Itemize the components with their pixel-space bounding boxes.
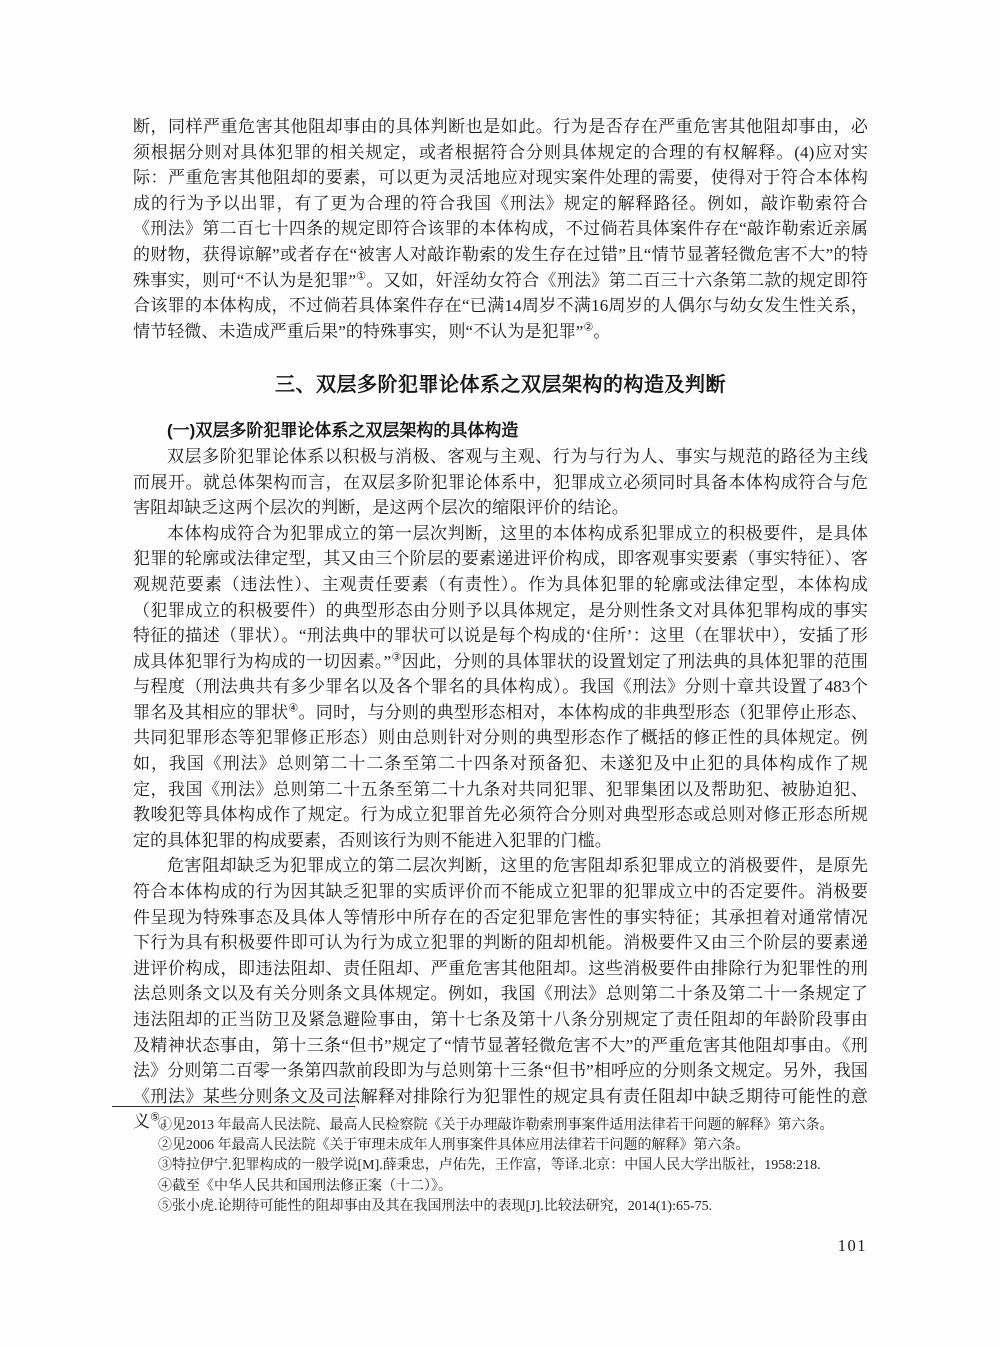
footnote: ②见2006 年最高人民法院《关于审理未成年人刑事案件具体应用法律若干问题的解释…	[112, 1136, 870, 1156]
page-number: 101	[838, 1236, 867, 1256]
footnote-ref: ①	[356, 270, 366, 282]
footnote-ref: ③	[391, 651, 401, 663]
footnote-ref: ④	[288, 702, 298, 714]
footnote: ①见2013 年最高人民法院、最高人民检察院《关于办理敲诈勒索刑事案件适用法律若…	[112, 1116, 870, 1136]
footnote-list: ①见2013 年最高人民法院、最高人民检察院《关于办理敲诈勒索刑事案件适用法律若…	[112, 1116, 870, 1217]
footnote-ref: ②	[583, 321, 593, 333]
text-run: 三、双层多阶犯罪论体系之双层架构的构造及判断	[275, 374, 726, 396]
paragraph: 危害阻却缺乏为犯罪成立的第二层次判断，这里的危害阻却系犯罪成立的消极要件，是原先…	[133, 853, 868, 1135]
footnote: ③特拉伊宁.犯罪构成的一般学说[M].薛秉忠，卢佑先，王作富，等译.北京：中国人…	[112, 1156, 870, 1176]
text-run: 。同时，与分则的典型形态相对，本体构成的非典型形态（犯罪停止形态、共同犯罪形态等…	[133, 703, 868, 850]
section-heading: 三、双层多阶犯罪论体系之双层架构的构造及判断	[133, 372, 868, 398]
text-run: 。	[593, 322, 610, 341]
paragraph: 本体构成符合为犯罪成立的第一层次判断，这里的本体构成系犯罪成立的积极要件，是具体…	[133, 521, 868, 854]
footnote-separator	[112, 1106, 355, 1107]
document-page: 断，同样严重危害其他阻却事由的具体判断也是如此。行为是否存在严重危害其他阻却事由…	[0, 0, 1000, 1347]
footnote: ④截至《中华人民共和国刑法修正案（十二）》。	[112, 1177, 870, 1197]
text-run: 双层多阶犯罪论体系以积极与消极、客观与主观、行为与行为人、事实与规范的路径为主线…	[133, 447, 868, 517]
footnotes-section: ①见2013 年最高人民法院、最高人民检察院《关于办理敲诈勒索刑事案件适用法律若…	[112, 1106, 870, 1217]
text-run: 危害阻却缺乏为犯罪成立的第二层次判断，这里的危害阻却系犯罪成立的消极要件，是原先…	[133, 856, 868, 1131]
paragraph: 双层多阶犯罪论体系以积极与消极、客观与主观、行为与行为人、事实与规范的路径为主线…	[133, 444, 868, 521]
paragraph: 断，同样严重危害其他阻却事由的具体判断也是如此。行为是否存在严重危害其他阻却事由…	[133, 114, 868, 344]
footnote: ⑤张小虎.论期待可能性的阻却事由及其在我国刑法中的表现[J].比较法研究，201…	[112, 1197, 870, 1217]
text-run: 断，同样严重危害其他阻却事由的具体判断也是如此。行为是否存在严重危害其他阻却事由…	[133, 117, 868, 290]
text-run: (一)双层多阶犯罪论体系之双层架构的具体构造	[167, 421, 518, 440]
text-run: 本体构成符合为犯罪成立的第一层次判断，这里的本体构成系犯罪成立的积极要件，是具体…	[133, 524, 868, 671]
article-body: 断，同样严重危害其他阻却事由的具体判断也是如此。行为是否存在严重危害其他阻却事由…	[133, 114, 868, 1135]
subsection-heading: (一)双层多阶犯罪论体系之双层架构的具体构造	[133, 418, 868, 444]
